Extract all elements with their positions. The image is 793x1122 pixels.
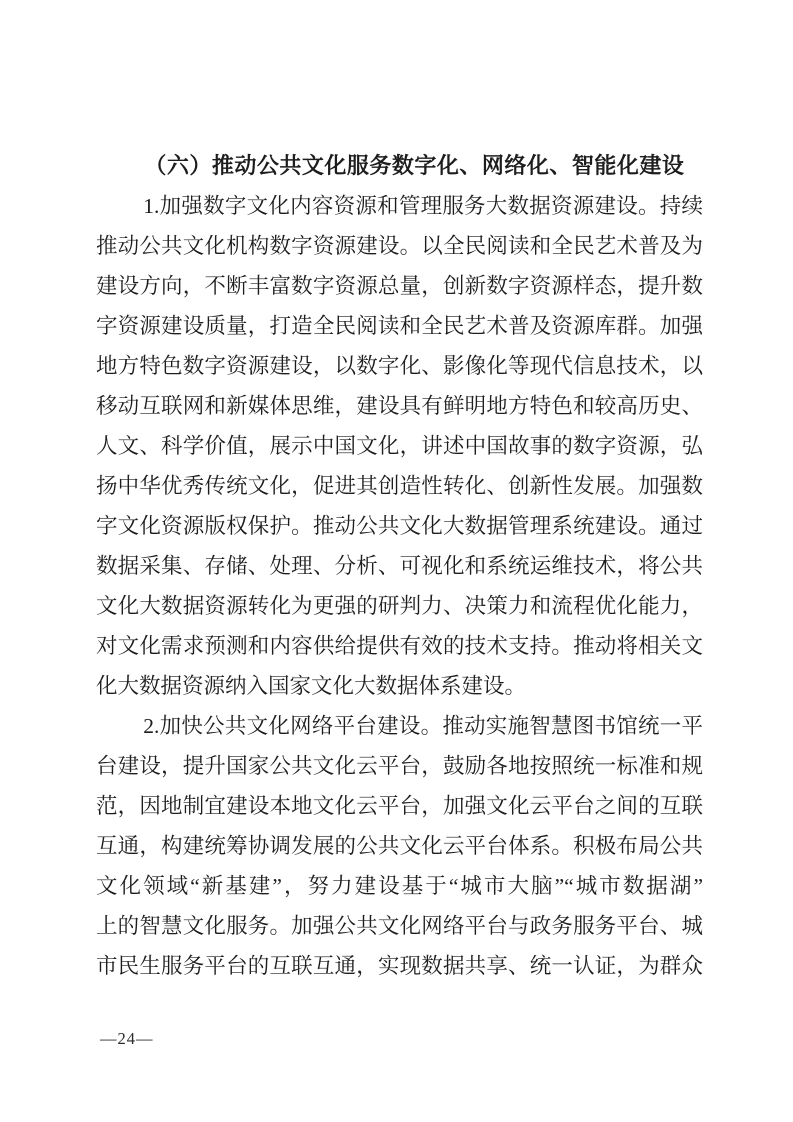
section-heading: （六）推动公共文化服务数字化、网络化、智能化建设 (96, 146, 703, 186)
body-line: 市民生服务平台的互联互通，实现数据共享、统一认证，为群众 (96, 946, 703, 986)
body-line: 范，因地制宜建设本地文化云平台，加强文化云平台之间的互联 (96, 786, 703, 826)
body-line: 移动互联网和新媒体思维，建设具有鲜明地方特色和较高历史、 (96, 386, 703, 426)
body-line: 2.加快公共文化网络平台建设。推动实施智慧图书馆统一平 (96, 706, 703, 746)
paragraph-1: 1.加强数字文化内容资源和管理服务大数据资源建设。持续推动公共文化机构数字资源建… (96, 186, 703, 706)
document-page: （六）推动公共文化服务数字化、网络化、智能化建设 1.加强数字文化内容资源和管理… (0, 0, 793, 1122)
body-line: 化大数据资源纳入国家文化大数据体系建设。 (96, 666, 703, 706)
body-line: 互通，构建统筹协调发展的公共文化云平台体系。积极布局公共 (96, 826, 703, 866)
document-content: （六）推动公共文化服务数字化、网络化、智能化建设 1.加强数字文化内容资源和管理… (96, 146, 703, 986)
body-line: 上的智慧文化服务。加强公共文化网络平台与政务服务平台、城 (96, 906, 703, 946)
body-line: 字文化资源版权保护。推动公共文化大数据管理系统建设。通过 (96, 506, 703, 546)
body-line: 建设方向，不断丰富数字资源总量，创新数字资源样态，提升数 (96, 266, 703, 306)
body-line: 人文、科学价值，展示中国文化，讲述中国故事的数字资源，弘 (96, 426, 703, 466)
body-line: 字资源建设质量，打造全民阅读和全民艺术普及资源库群。加强 (96, 306, 703, 346)
body-line: 数据采集、存储、处理、分析、可视化和系统运维技术，将公共 (96, 546, 703, 586)
body-line: 地方特色数字资源建设，以数字化、影像化等现代信息技术，以 (96, 346, 703, 386)
body-line: 文化大数据资源转化为更强的研判力、决策力和流程优化能力， (96, 586, 703, 626)
paragraph-2: 2.加快公共文化网络平台建设。推动实施智慧图书馆统一平台建设，提升国家公共文化云… (96, 706, 703, 986)
body-line: 1.加强数字文化内容资源和管理服务大数据资源建设。持续 (96, 186, 703, 226)
body-line: 扬中华优秀传统文化，促进其创造性转化、创新性发展。加强数 (96, 466, 703, 506)
body-line: 推动公共文化机构数字资源建设。以全民阅读和全民艺术普及为 (96, 226, 703, 266)
document-body: 1.加强数字文化内容资源和管理服务大数据资源建设。持续推动公共文化机构数字资源建… (96, 186, 703, 986)
body-line: 对文化需求预测和内容供给提供有效的技术支持。推动将相关文 (96, 626, 703, 666)
body-line: 台建设，提升国家公共文化云平台，鼓励各地按照统一标准和规 (96, 746, 703, 786)
page-number: —24— (100, 1027, 154, 1051)
body-line: 文化领域“新基建”，努力建设基于“城市大脑”“城市数据湖” (96, 866, 703, 906)
